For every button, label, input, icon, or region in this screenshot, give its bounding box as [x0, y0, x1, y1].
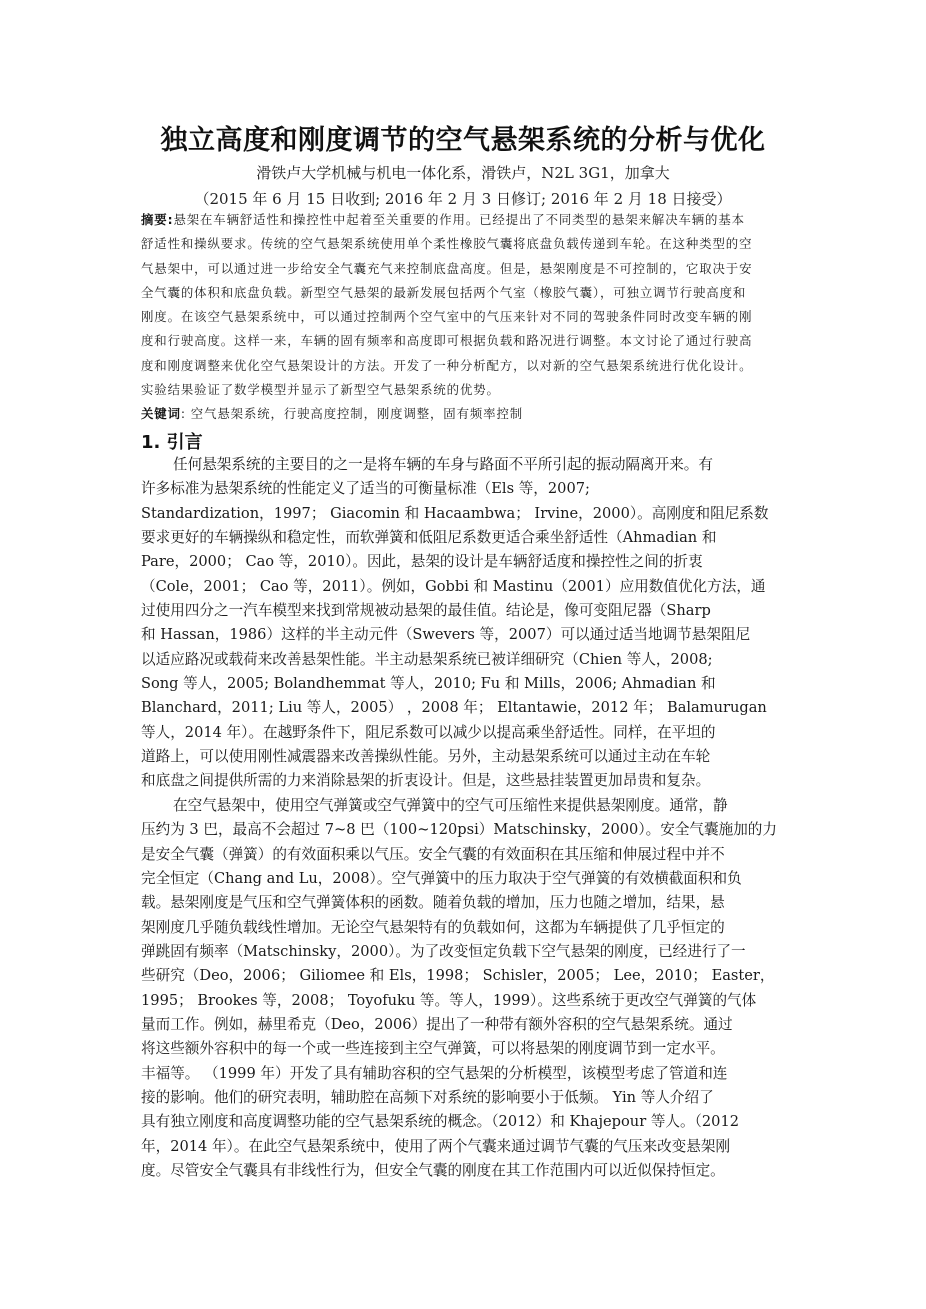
keywords-label: 关键词: [141, 406, 181, 421]
abstract-label: 摘要:: [141, 212, 173, 227]
abstract-line: 度和行驶高度。这样一来，车辆的固有频率和高度即可根据负载和路况进行调整。本文讨论…: [141, 329, 786, 353]
paper-title: 独立高度和刚度调节的空气悬架系统的分析与优化: [0, 118, 926, 157]
paper-page: 独立高度和刚度调节的空气悬架系统的分析与优化 滑铁卢大学机械与机电一体化系，滑铁…: [0, 0, 926, 1309]
abstract-text: 悬架在车辆舒适性和操控性中起着至关重要的作用。已经提出了不同类型的悬架来解决车辆…: [173, 212, 745, 227]
body-line: 度。尽管安全气囊具有非线性行为，但安全气囊的刚度在其工作范围内可以近似保持恒定。: [141, 1159, 791, 1183]
body-line: Pare，2000； Cao 等，2010）。因此，悬架的设计是车辆舒适度和操控…: [141, 550, 791, 574]
body-line: 是安全气囊（弹簧）的有效面积乘以气压。安全气囊的有效面积在其压缩和伸展过程中并不: [141, 843, 791, 867]
body-line: 道路上，可以使用刚性减震器来改善操纵性能。另外，主动悬架系统可以通过主动在车轮: [141, 745, 791, 769]
body-line: 架刚度几乎随负载线性增加。无论空气悬架特有的负载如何，这都为车辆提供了几乎恒定的: [141, 916, 791, 940]
body-line: 些研究（Deo，2006； Giliomee 和 Els，1998； Schis…: [141, 964, 791, 988]
body-line: Standardization，1997； Giacomin 和 Hacaamb…: [141, 502, 791, 526]
abstract-line: 气悬架中，可以通过进一步给安全气囊充气来控制底盘高度。但是，悬架刚度是不可控制的…: [141, 257, 786, 281]
body-line: 具有独立刚度和高度调整功能的空气悬架系统的概念。（2012）和 Khajepou…: [141, 1110, 791, 1134]
body-line: 弹跳固有频率（Matschinsky，2000）。为了改变恒定负载下空气悬架的刚…: [141, 940, 791, 964]
body-line: 1995； Brookes 等，2008； Toyofuku 等。等人，1999…: [141, 989, 791, 1013]
body-line: 接的影响。他们的研究表明，辅助腔在高频下对系统的影响要小于低频。 Yin 等人介…: [141, 1086, 791, 1110]
body-line: 任何悬架系统的主要目的之一是将车辆的车身与路面不平所引起的振动隔离开来。有: [141, 453, 791, 477]
body-line: 载。悬架刚度是气压和空气弹簧体积的函数。随着负载的增加，压力也随之增加，结果，悬: [141, 891, 791, 915]
section-heading-introduction: 1. 引言: [141, 428, 203, 454]
abstract-line: 刚度。在该空气悬架系统中，可以通过控制两个空气室中的气压来针对不同的驾驶条件同时…: [141, 305, 786, 329]
body-line: 完全恒定（Chang and Lu，2008）。空气弹簧中的压力取决于空气弹簧的…: [141, 867, 791, 891]
abstract-line: 摘要:悬架在车辆舒适性和操控性中起着至关重要的作用。已经提出了不同类型的悬架来解…: [141, 208, 786, 232]
abstract-line: 舒适性和操纵要求。传统的空气悬架系统使用单个柔性橡胶气囊将底盘负载传递到车轮。在…: [141, 232, 786, 256]
body-line: 将这些额外容积中的每一个或一些连接到主空气弹簧，可以将悬架的刚度调节到一定水平。: [141, 1037, 791, 1061]
body-line: 和 Hassan，1986）这样的半主动元件（Swevers 等，2007）可以…: [141, 623, 791, 647]
body-line: （Cole，2001； Cao 等，2011）。例如，Gobbi 和 Masti…: [141, 575, 791, 599]
body-line: Blanchard，2011; Liu 等人，2005） ，2008 年； El…: [141, 696, 791, 720]
body-line: 丰福等。 （1999 年）开发了具有辅助容积的空气悬架的分析模型，该模型考虑了管…: [141, 1062, 791, 1086]
keywords: 关键词: 空气悬架系统，行驶高度控制，刚度调整，固有频率控制: [141, 402, 786, 426]
introduction-body: 任何悬架系统的主要目的之一是将车辆的车身与路面不平所引起的振动隔离开来。有 许多…: [141, 453, 791, 1183]
body-line: 过使用四分之一汽车模型来找到常规被动悬架的最佳值。结论是，像可变阻尼器（Shar…: [141, 599, 791, 623]
submission-dates: （2015 年 6 月 15 日收到; 2016 年 2 月 3 日修订; 20…: [0, 188, 926, 209]
body-line: Song 等人，2005; Bolandhemmat 等人，2010; Fu 和…: [141, 672, 791, 696]
body-line: 量而工作。例如，赫里希克（Deo，2006）提出了一种带有额外容积的空气悬架系统…: [141, 1013, 791, 1037]
body-line: 等人，2014 年）。在越野条件下，阻尼系数可以减少以提高乘坐舒适性。同样，在平…: [141, 721, 791, 745]
abstract-line: 实验结果验证了数学模型并显示了新型空气悬架系统的优势。: [141, 378, 786, 402]
keywords-text: : 空气悬架系统，行驶高度控制，刚度调整，固有频率控制: [181, 406, 523, 421]
abstract: 摘要:悬架在车辆舒适性和操控性中起着至关重要的作用。已经提出了不同类型的悬架来解…: [141, 208, 786, 427]
abstract-line: 全气囊的体积和底盘负载。新型空气悬架的最新发展包括两个气室（橡胶气囊），可独立调…: [141, 281, 786, 305]
body-line: 以适应路况或载荷来改善悬架性能。半主动悬架系统已被详细研究（Chien 等人，2…: [141, 648, 791, 672]
body-line: 压约为 3 巴，最高不会超过 7~8 巴（100~120psi）Matschin…: [141, 818, 791, 842]
body-line: 许多标准为悬架系统的性能定义了适当的可衡量标准（Els 等，2007;: [141, 477, 791, 501]
body-line: 要求更好的车辆操纵和稳定性，而软弹簧和低阻尼系数更适合乘坐舒适性（Ahmadia…: [141, 526, 791, 550]
body-line: 年，2014 年）。在此空气悬架系统中，使用了两个气囊来通过调节气囊的气压来改变…: [141, 1135, 791, 1159]
body-line: 和底盘之间提供所需的力来消除悬架的折衷设计。但是，这些悬挂装置更加昂贵和复杂。: [141, 769, 791, 793]
body-line: 在空气悬架中，使用空气弹簧或空气弹簧中的空气可压缩性来提供悬架刚度。通常，静: [141, 794, 791, 818]
abstract-line: 度和刚度调整来优化空气悬架设计的方法。开发了一种分析配方，以对新的空气悬架系统进…: [141, 354, 786, 378]
affiliation: 滑铁卢大学机械与机电一体化系，滑铁卢，N2L 3G1，加拿大: [0, 162, 926, 183]
